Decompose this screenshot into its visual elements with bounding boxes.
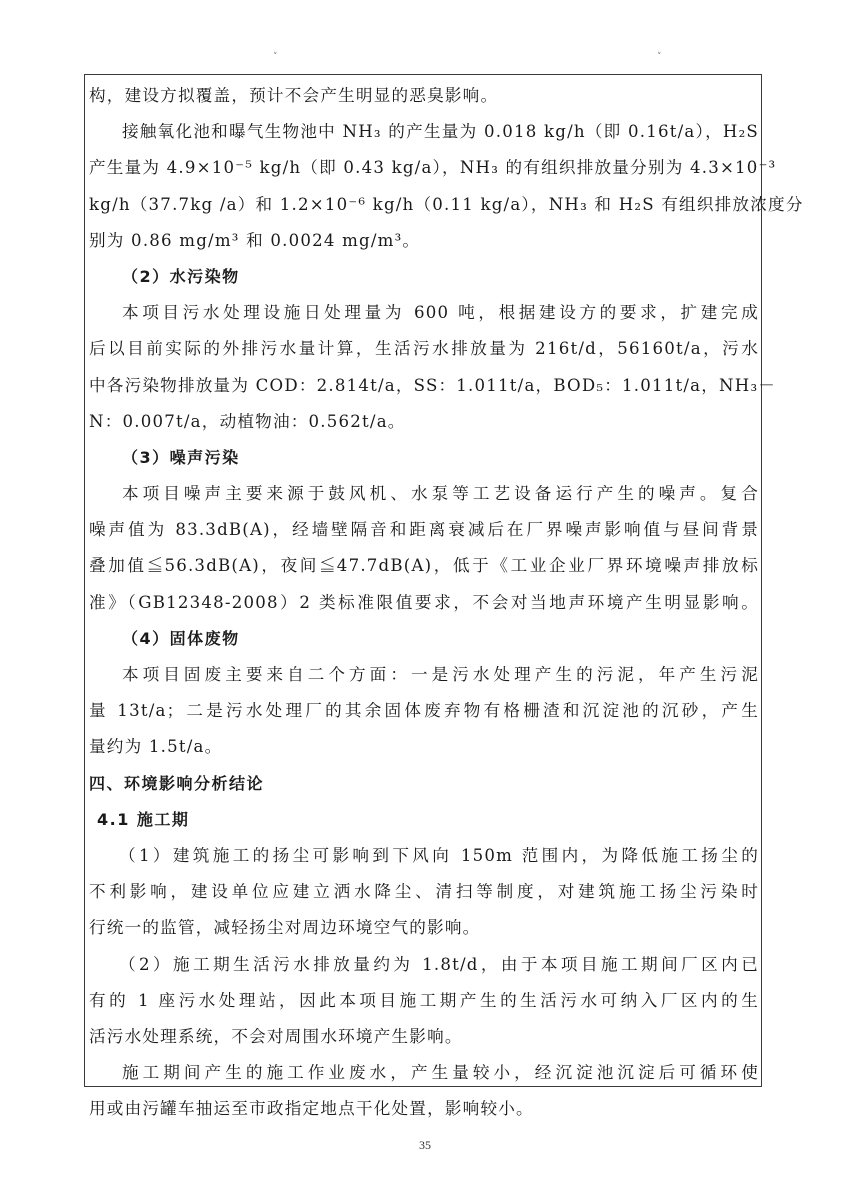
paragraph-line: 本项目污水处理设施日处理量为 600 吨，根据建设方的要求，扩建完成	[89, 295, 759, 331]
paragraph-line: 中各污染物排放量为 COD：2.814t/a，SS：1.011t/a，BOD₅：…	[89, 368, 759, 404]
paragraph-line: N：0.007t/a，动植物油：0.562t/a。	[89, 404, 759, 440]
paragraph-line: 产生量为 4.9×10⁻⁵ kg/h（即 0.43 kg/a），NH₃ 的有组织…	[89, 150, 759, 186]
paragraph-line: 行统一的监管，减轻扬尘对周边环境空气的影响。	[89, 910, 759, 946]
scan-artifact-mark: ˅	[657, 52, 662, 62]
paragraph-line: 用或由污罐车抽运至市政指定地点干化处置，影响较小。	[89, 1091, 759, 1127]
heading-noise-pollution: （3）噪声污染	[89, 440, 759, 476]
paragraph-line: 有的 1 座污水处理站，因此本项目施工期产生的生活污水可纳入厂区内的生	[89, 983, 759, 1019]
paragraph-line: kg/h（37.7kg /a）和 1.2×10⁻⁶ kg/h（0.11 kg/a…	[89, 187, 759, 223]
paragraph-line: 后以目前实际的外排污水量计算，生活污水排放量为 216t/d，56160t/a，…	[89, 331, 759, 367]
scan-artifact-mark: ˅	[273, 52, 278, 62]
paragraph-line: 构，建设方拟覆盖，预计不会产生明显的恶臭影响。	[89, 78, 759, 114]
paragraph-line: 活污水处理系统，不会对周围水环境产生影响。	[89, 1019, 759, 1055]
paragraph-line: 本项目噪声主要来源于鼓风机、水泵等工艺设备运行产生的噪声。复合	[89, 476, 759, 512]
heading-solid-waste: （4）固体废物	[89, 621, 759, 657]
paragraph-line: （1）建筑施工的扬尘可影响到下风向 150m 范围内，为降低施工扬尘的	[89, 838, 759, 874]
page-number: 35	[0, 1138, 850, 1153]
paragraph-line: 不利影响，建设单位应建立洒水降尘、清扫等制度，对建筑施工扬尘污染时	[89, 874, 759, 910]
heading-water-pollutants: （2）水污染物	[89, 259, 759, 295]
heading-section-4: 四、环境影响分析结论	[89, 766, 759, 802]
paragraph-line: 别为 0.86 mg/m³ 和 0.0024 mg/m³。	[89, 223, 759, 259]
document-body: 构，建设方拟覆盖，预计不会产生明显的恶臭影响。 接触氧化池和曝气生物池中 NH₃…	[89, 78, 759, 1127]
paragraph-line: 噪声值为 83.3dB(A)，经墙壁隔音和距离衰减后在厂界噪声影响值与昼间背景	[89, 512, 759, 548]
paragraph-line: 叠加值≦56.3dB(A)，夜间≦47.7dB(A)，低于《工业企业厂界环境噪声…	[89, 548, 759, 584]
paragraph-line: 准》（GB12348-2008）2 类标准限值要求，不会对当地声环境产生明显影响…	[89, 585, 759, 621]
paragraph-line: （2）施工期生活污水排放量约为 1.8t/d，由于本项目施工期间厂区内已	[89, 947, 759, 983]
paragraph-line: 本项目固废主要来自二个方面：一是污水处理产生的污泥，年产生污泥	[89, 657, 759, 693]
paragraph-line: 量约为 1.5t/a。	[89, 729, 759, 765]
paragraph-line: 量 13t/a；二是污水处理厂的其余固体废弃物有格栅渣和沉淀池的沉砂，产生	[89, 693, 759, 729]
paragraph-line: 接触氧化池和曝气生物池中 NH₃ 的产生量为 0.018 kg/h（即 0.16…	[89, 114, 759, 150]
paragraph-line: 施工期间产生的施工作业废水，产生量较小，经沉淀池沉淀后可循环使	[89, 1055, 759, 1091]
heading-construction-period: 4.1 施工期	[89, 802, 759, 838]
